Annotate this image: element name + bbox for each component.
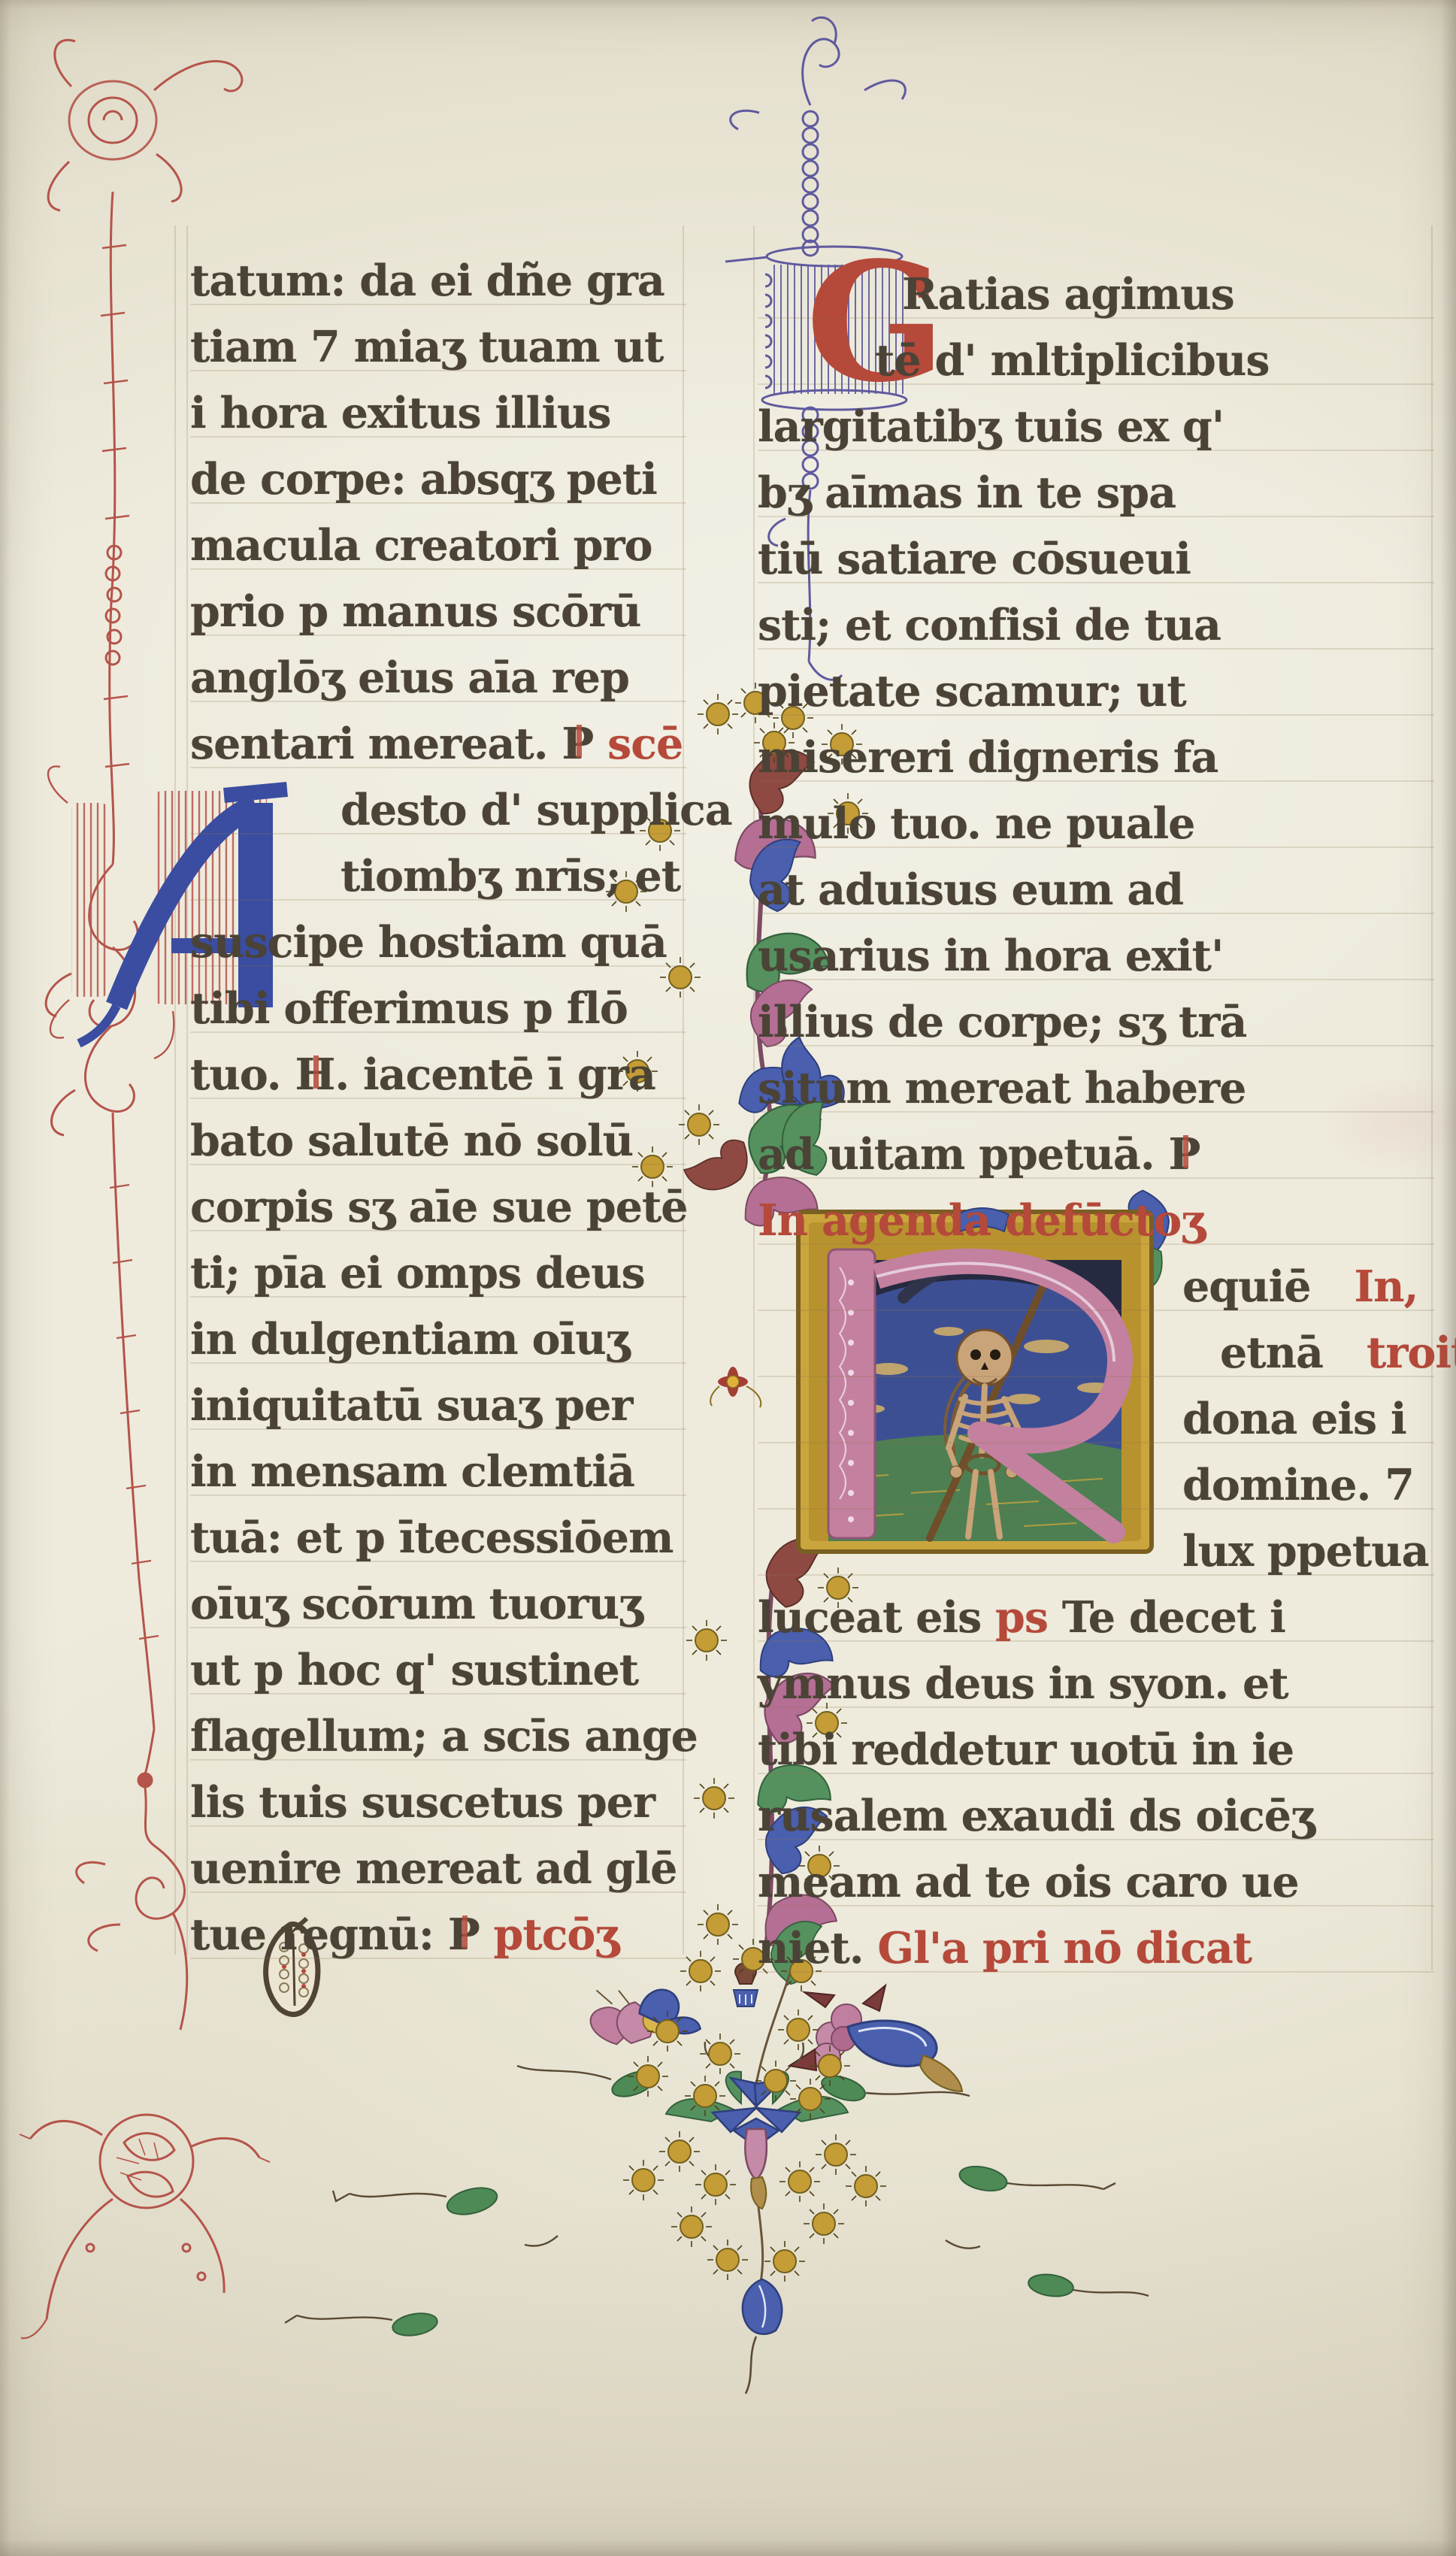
text-run: P <box>562 719 593 769</box>
text-run: etnā <box>1220 1328 1323 1378</box>
text-line: macula creatori pro <box>190 513 686 579</box>
text-run: oīuʒ scōrum tuoruʒ <box>190 1579 642 1629</box>
text-line: tibi offerimus p flō <box>190 976 686 1042</box>
text-run: In agenda defūctoʒ <box>758 1195 1205 1246</box>
text-run: Ratias agimus <box>902 269 1234 319</box>
text-line: equiēIn, <box>758 1254 1434 1320</box>
text-line: meam ad te ois caro ue <box>758 1849 1434 1915</box>
text-line: iniquitatū suaʒ per <box>190 1373 686 1439</box>
text-run: H <box>295 1049 334 1100</box>
text-run: scē <box>593 719 683 769</box>
text-run: Gl'a pri nō dicat <box>877 1923 1252 1973</box>
text-run: largitatibʒ tuis ex q' <box>758 401 1224 452</box>
text-run: P <box>448 1909 480 1960</box>
text-run: tatum: da ei dñe gra <box>190 256 664 306</box>
text-line: in mensam clemtiā <box>190 1439 686 1505</box>
text-run: pietate scamur; ut <box>758 666 1186 716</box>
manuscript-page: G <box>0 0 1456 2556</box>
bottom-floral-ornament-icon <box>285 1939 1149 2394</box>
text-line: usarius in hora exit' <box>758 923 1434 989</box>
text-run: meam ad te ois caro ue <box>758 1857 1299 1907</box>
text-column-left: tatum: da ei dñe gratiam 7 miaʒ tuam uti… <box>190 248 686 1968</box>
text-run: tuo. <box>190 1049 295 1100</box>
red-flower-icon <box>710 1367 761 1407</box>
text-line: niet. Gl'a pri nō dicat <box>758 1915 1434 1982</box>
text-run: in dulgentiam oīuʒ <box>190 1314 629 1364</box>
text-line: prio p manus scōrū <box>190 579 686 645</box>
text-line: luceat eis ps Te decet i <box>758 1585 1434 1651</box>
text-run: ptcōʒ <box>480 1909 619 1960</box>
text-run: suscipe hostiam quā <box>190 917 667 968</box>
text-line: tē d' mltiplicibus <box>758 328 1434 394</box>
text-line: dona eis i <box>758 1386 1434 1452</box>
text-line: tiombʒ nrīs; et <box>190 843 686 910</box>
text-run: tiombʒ nrīs; et <box>341 851 680 901</box>
text-line: de corpe: absqʒ peti <box>190 447 686 513</box>
text-line: tatum: da ei dñe gra <box>190 248 686 314</box>
text-run: sentari mereat. <box>190 719 562 769</box>
text-run: bʒ aīmas in te spa <box>758 468 1176 518</box>
text-line: suscipe hostiam quā <box>190 910 686 976</box>
text-line: mulo tuo. ne puale <box>758 791 1434 857</box>
text-line: lux ppetua <box>758 1519 1434 1585</box>
text-run: flagellum; a scīs ange <box>190 1711 698 1761</box>
text-line: lis tuis suscetus per <box>190 1770 686 1836</box>
text-line: tibi reddetur uotū in ie <box>758 1717 1434 1783</box>
text-run: mulo tuo. ne puale <box>758 798 1194 849</box>
text-run: tibi offerimus p flō <box>190 983 628 1034</box>
text-line: desto d' supplica <box>190 777 686 843</box>
text-line: largitatibʒ tuis ex q' <box>758 394 1434 460</box>
text-run: prio p manus scōrū <box>190 586 640 637</box>
text-line: tiū satiare cōsueui <box>758 526 1434 592</box>
text-line: situm mereat habere <box>758 1055 1434 1122</box>
text-line: illius de corpe; sʒ trā <box>758 989 1434 1055</box>
text-run: bato salutē nō solū <box>190 1116 633 1166</box>
text-run: troit. <box>1367 1328 1456 1378</box>
text-run: lis tuis suscetus per <box>190 1777 655 1828</box>
text-line: In agenda defūctoʒ <box>758 1188 1434 1254</box>
text-line: tuo. H. iacentē ī gra <box>190 1042 686 1108</box>
text-line: etnātroit. <box>758 1320 1434 1386</box>
text-run: niet. <box>758 1923 877 1973</box>
text-line: sti; et confisi de tua <box>758 592 1434 659</box>
text-run: illius de corpe; sʒ trā <box>758 997 1246 1047</box>
text-run: equiē <box>1182 1261 1310 1312</box>
text-line: at aduisus eum ad <box>758 857 1434 923</box>
text-run: uenire mereat ad glē <box>190 1843 677 1894</box>
text-run: sti; et confisi de tua <box>758 600 1221 650</box>
text-run: lux ppetua <box>1182 1526 1429 1576</box>
text-run: ti; pīa ei omps deus <box>190 1248 645 1298</box>
text-run: in mensam clemtiā <box>190 1446 634 1497</box>
text-line: tiam 7 miaʒ tuam ut <box>190 314 686 380</box>
text-line: flagellum; a scīs ange <box>190 1703 686 1770</box>
text-line: oīuʒ scōrum tuoruʒ <box>190 1571 686 1637</box>
text-run: usarius in hora exit' <box>758 931 1223 981</box>
text-run: P <box>1169 1129 1200 1180</box>
text-line: Ratias agimus <box>758 262 1434 328</box>
text-run: rusalem exaudi ds oicēʒ <box>758 1791 1314 1841</box>
text-line: bʒ aīmas in te spa <box>758 460 1434 526</box>
text-run: tē d' mltiplicibus <box>875 335 1269 386</box>
text-run: tiam 7 miaʒ tuam ut <box>190 322 663 372</box>
text-run: desto d' supplica <box>341 785 732 835</box>
text-run: In, <box>1354 1261 1418 1312</box>
text-run: dona eis i <box>1182 1394 1406 1444</box>
text-line: domine. 7 <box>758 1452 1434 1519</box>
text-run: tiū satiare cōsueui <box>758 534 1191 584</box>
text-run: Te decet i <box>1062 1592 1285 1643</box>
text-run: situm mereat habere <box>758 1063 1246 1113</box>
text-line: tuā: et p ītecessiōem <box>190 1505 686 1571</box>
text-line: ymnus deus in syon. et <box>758 1651 1434 1717</box>
text-run: ymnus deus in syon. et <box>758 1658 1288 1709</box>
text-run: anglōʒ eius aīa rep <box>190 653 629 703</box>
text-line: corpis sʒ aīe sue petē <box>190 1174 686 1240</box>
text-line: ti; pīa ei omps deus <box>190 1240 686 1307</box>
text-run: misereri digneris fa <box>758 732 1218 783</box>
text-line: in dulgentiam oīuʒ <box>190 1307 686 1373</box>
text-run: ps <box>995 1592 1062 1643</box>
text-run: de corpe: absqʒ peti <box>190 454 657 504</box>
text-run: . iacentē ī gra <box>334 1049 655 1100</box>
text-line: rusalem exaudi ds oicēʒ <box>758 1783 1434 1849</box>
text-run: ut p hoc q' sustinet <box>190 1645 638 1695</box>
text-line: misereri digneris fa <box>758 725 1434 791</box>
text-column-right: Ratias agimustē d' mltiplicibuslargitati… <box>758 262 1434 1982</box>
text-line: uenire mereat ad glē <box>190 1836 686 1902</box>
text-run: tue regnū: <box>190 1909 448 1960</box>
text-run: at aduisus eum ad <box>758 865 1183 915</box>
text-run: luceat eis <box>758 1592 995 1643</box>
text-line: sentari mereat. P scē <box>190 711 686 777</box>
text-run: tuā: et p ītecessiōem <box>190 1513 673 1563</box>
text-line: bato salutē nō solū <box>190 1108 686 1174</box>
text-run: iniquitatū suaʒ per <box>190 1380 632 1431</box>
text-run: domine. 7 <box>1182 1460 1414 1510</box>
text-line: ut p hoc q' sustinet <box>190 1637 686 1703</box>
text-line: pietate scamur; ut <box>758 659 1434 725</box>
text-run: macula creatori pro <box>190 520 652 571</box>
text-line: ad uitam ppetuā. P <box>758 1122 1434 1188</box>
text-run: tibi reddetur uotū in ie <box>758 1725 1294 1775</box>
text-run: corpis sʒ aīe sue petē <box>190 1182 688 1232</box>
text-line: tue regnū: P ptcōʒ <box>190 1902 686 1968</box>
text-line: i hora exitus illius <box>190 380 686 447</box>
text-run: i hora exitus illius <box>190 388 611 438</box>
text-run: ad uitam ppetuā. <box>758 1129 1169 1180</box>
text-line: anglōʒ eius aīa rep <box>190 645 686 711</box>
